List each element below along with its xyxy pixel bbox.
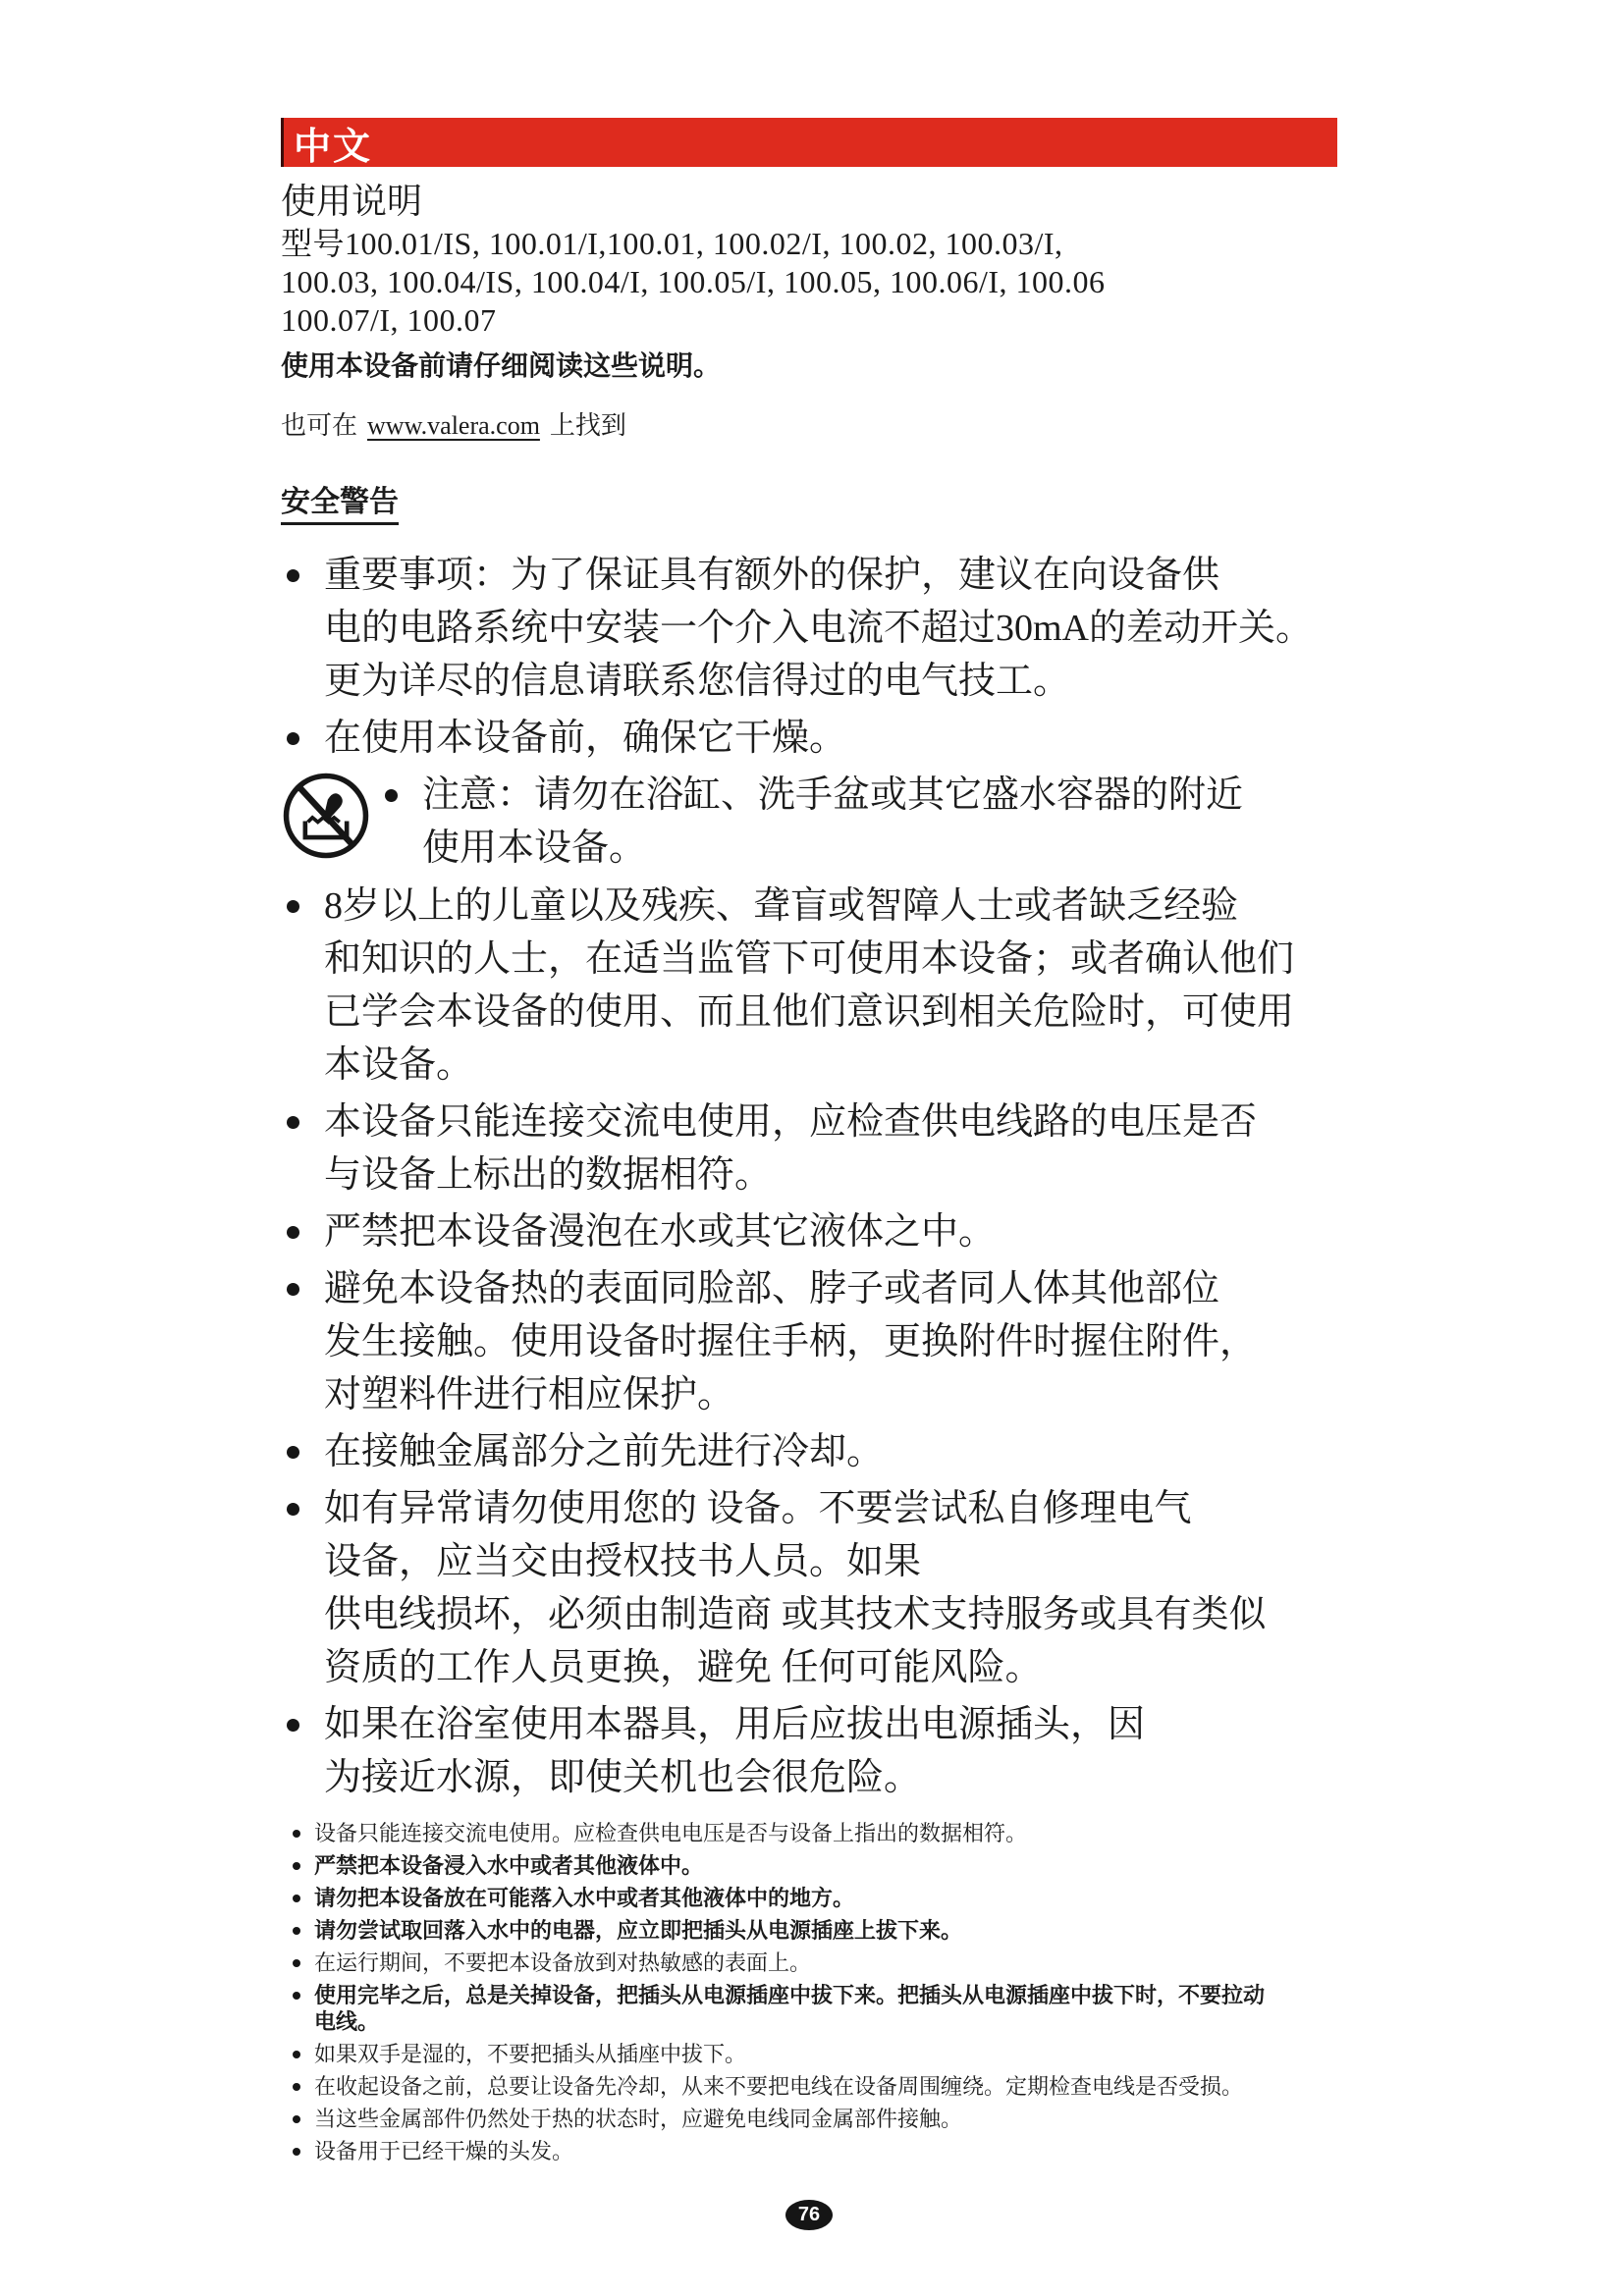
bullet-dot-icon (281, 1917, 314, 1944)
page-number: 76 (798, 2204, 820, 2226)
additional-warning-item: 严禁把本设备浸入水中或者其他液体中。 (281, 1852, 1337, 1879)
warning-text: 避免本设备热的表面同脸部、脖子或者同人体其他部位 发生接触。使用设备时握住手柄，… (324, 1262, 1337, 1421)
warning-text: 请勿尝试取回落入水中的电器，应立即把插头从电源插座上拔下来。 (314, 1917, 1337, 1944)
safety-warnings-list: 重要事项：为了保证具有额外的保护，建议在向设备供 电的电路系统中安装一个介入电流… (281, 549, 1337, 1804)
language-banner-label: 中文 (294, 116, 372, 170)
safety-warning-item: 注意：请勿在浴缸、洗手盆或其它盛水容器的附近 使用本设备。 (281, 769, 1337, 876)
additional-warning-item: 在收起设备之前，总要让设备先冷却，从来不要把电线在设备周围缠绕。定期检查电线是否… (281, 2073, 1337, 2100)
safety-warning-item: 如有异常请勿使用您的 设备。不要尝试私自修理电气 设备，应当交由授权技书人员。如… (281, 1482, 1337, 1694)
bullet-dot-icon (281, 1852, 314, 1879)
safety-warning-item: 在使用本设备前，确保它干燥。 (281, 712, 1337, 765)
additional-warning-item: 使用完毕之后，总是关掉设备，把插头从电源插座中拔下来。把插头从电源插座中拔下时，… (281, 1982, 1337, 2035)
warning-text: 在接触金属部分之前先进行冷却。 (324, 1425, 1337, 1478)
warning-text: 重要事项：为了保证具有额外的保护，建议在向设备供 电的电路系统中安装一个介入电流… (324, 549, 1337, 708)
read-notice: 使用本设备前请仔细阅读这些说明。 (281, 349, 1337, 385)
additional-warning-item: 在运行期间，不要把本设备放到对热敏感的表面上。 (281, 1949, 1337, 1976)
additional-warning-item: 设备用于已经干燥的头发。 (281, 2138, 1337, 2164)
bullet-dot-icon (281, 1482, 324, 1535)
safety-warning-item: 如果在浴室使用本器具，用后应拔出电源插头，因 为接近水源，即使关机也会很危险。 (281, 1698, 1337, 1804)
safety-warning-item: 避免本设备热的表面同脸部、脖子或者同人体其他部位 发生接触。使用设备时握住手柄，… (281, 1262, 1337, 1421)
additional-warnings-list: 设备只能连接交流电使用。应检查供电电压是否与设备上指出的数据相符。严禁把本设备浸… (281, 1820, 1337, 2164)
bullet-dot-icon (281, 2138, 314, 2164)
content-column: 中文 使用说明 型号100.01/IS, 100.01/I,100.01, 10… (281, 118, 1337, 2230)
bullet-dot-icon (281, 1820, 314, 1846)
bullet-dot-icon (281, 2106, 314, 2132)
safety-warning-item: 在接触金属部分之前先进行冷却。 (281, 1425, 1337, 1478)
warning-text: 本设备只能连接交流电使用，应检查供电线路的电压是否 与设备上标出的数据相符。 (324, 1095, 1337, 1201)
warning-text: 严禁把本设备漫泡在水或其它液体之中。 (324, 1205, 1337, 1258)
warning-text: 使用完毕之后，总是关掉设备，把插头从电源插座中拔下来。把插头从电源插座中拔下时，… (314, 1982, 1337, 2035)
warning-text: 设备只能连接交流电使用。应检查供电电压是否与设备上指出的数据相符。 (314, 1820, 1337, 1846)
safety-warning-item: 重要事项：为了保证具有额外的保护，建议在向设备供 电的电路系统中安装一个介入电流… (281, 549, 1337, 708)
additional-warning-item: 如果双手是湿的，不要把插头从插座中拔下。 (281, 2041, 1337, 2067)
warning-text: 严禁把本设备浸入水中或者其他液体中。 (314, 1852, 1337, 1879)
website-link[interactable]: www.valera.com (367, 411, 540, 440)
language-banner: 中文 (281, 118, 1337, 167)
warning-text: 8岁以上的儿童以及残疾、聋盲或智障人士或者缺乏经验 和知识的人士，在适当监管下可… (324, 880, 1337, 1092)
availability-prefix: 也可在 (281, 411, 357, 440)
warning-text: 当这些金属部件仍然处于热的状态时，应避免电线同金属部件接触。 (314, 2106, 1337, 2132)
warning-text: 设备用于已经干燥的头发。 (314, 2138, 1337, 2164)
safety-heading: 安全警告 (281, 477, 399, 525)
additional-warning-item: 请勿把本设备放在可能落入水中或者其他液体中的地方。 (281, 1885, 1337, 1911)
safety-warning-item: 本设备只能连接交流电使用，应检查供电线路的电压是否 与设备上标出的数据相符。 (281, 1095, 1337, 1201)
warning-text: 如果在浴室使用本器具，用后应拔出电源插头，因 为接近水源，即使关机也会很危险。 (324, 1698, 1337, 1804)
warning-text: 如果双手是湿的，不要把插头从插座中拔下。 (314, 2041, 1337, 2067)
warning-text: 注意：请勿在浴缸、洗手盆或其它盛水容器的附近 使用本设备。 (422, 769, 1337, 875)
no-bathtub-icon (281, 769, 379, 876)
bullet-dot-icon (281, 1698, 324, 1751)
bullet-dot-icon (281, 549, 324, 602)
bullet-dot-icon (281, 1885, 314, 1911)
bullet-dot-icon (281, 1205, 324, 1258)
additional-warning-item: 设备只能连接交流电使用。应检查供电电压是否与设备上指出的数据相符。 (281, 1820, 1337, 1846)
page-number-badge: 76 (785, 2200, 833, 2230)
bullet-dot-icon (281, 1095, 324, 1148)
bullet-dot-icon (281, 1425, 324, 1478)
safety-warning-item: 严禁把本设备漫泡在水或其它液体之中。 (281, 1205, 1337, 1258)
availability-suffix: 上找到 (550, 411, 626, 440)
bullet-dot-icon (281, 712, 324, 765)
additional-warning-item: 请勿尝试取回落入水中的电器，应立即把插头从电源插座上拔下来。 (281, 1917, 1337, 1944)
bullet-dot-icon (281, 880, 324, 933)
page-title: 使用说明 (281, 181, 1337, 223)
bullet-dot-icon (379, 769, 422, 822)
manual-page: 中文 使用说明 型号100.01/IS, 100.01/I,100.01, 10… (0, 0, 1624, 2296)
warning-text: 如有异常请勿使用您的 设备。不要尝试私自修理电气 设备，应当交由授权技书人员。如… (324, 1482, 1337, 1694)
bullet-dot-icon (281, 2041, 314, 2067)
availability-line: 也可在www.valera.com上找到 (281, 409, 1337, 443)
warning-text: 在运行期间，不要把本设备放到对热敏感的表面上。 (314, 1949, 1337, 1976)
bullet-dot-icon (281, 2073, 314, 2100)
additional-warning-item: 当这些金属部件仍然处于热的状态时，应避免电线同金属部件接触。 (281, 2106, 1337, 2132)
warning-text: 在收起设备之前，总要让设备先冷却，从来不要把电线在设备周围缠绕。定期检查电线是否… (314, 2073, 1337, 2100)
safety-warning-item: 8岁以上的儿童以及残疾、聋盲或智障人士或者缺乏经验 和知识的人士，在适当监管下可… (281, 880, 1337, 1092)
bullet-dot-icon (281, 1949, 314, 1976)
warning-text: 请勿把本设备放在可能落入水中或者其他液体中的地方。 (314, 1885, 1337, 1911)
bullet-dot-icon (281, 1982, 314, 2008)
model-numbers: 型号100.01/IS, 100.01/I,100.01, 100.02/I, … (281, 225, 1337, 340)
warning-text: 在使用本设备前，确保它干燥。 (324, 712, 1337, 765)
bullet-dot-icon (281, 1262, 324, 1315)
